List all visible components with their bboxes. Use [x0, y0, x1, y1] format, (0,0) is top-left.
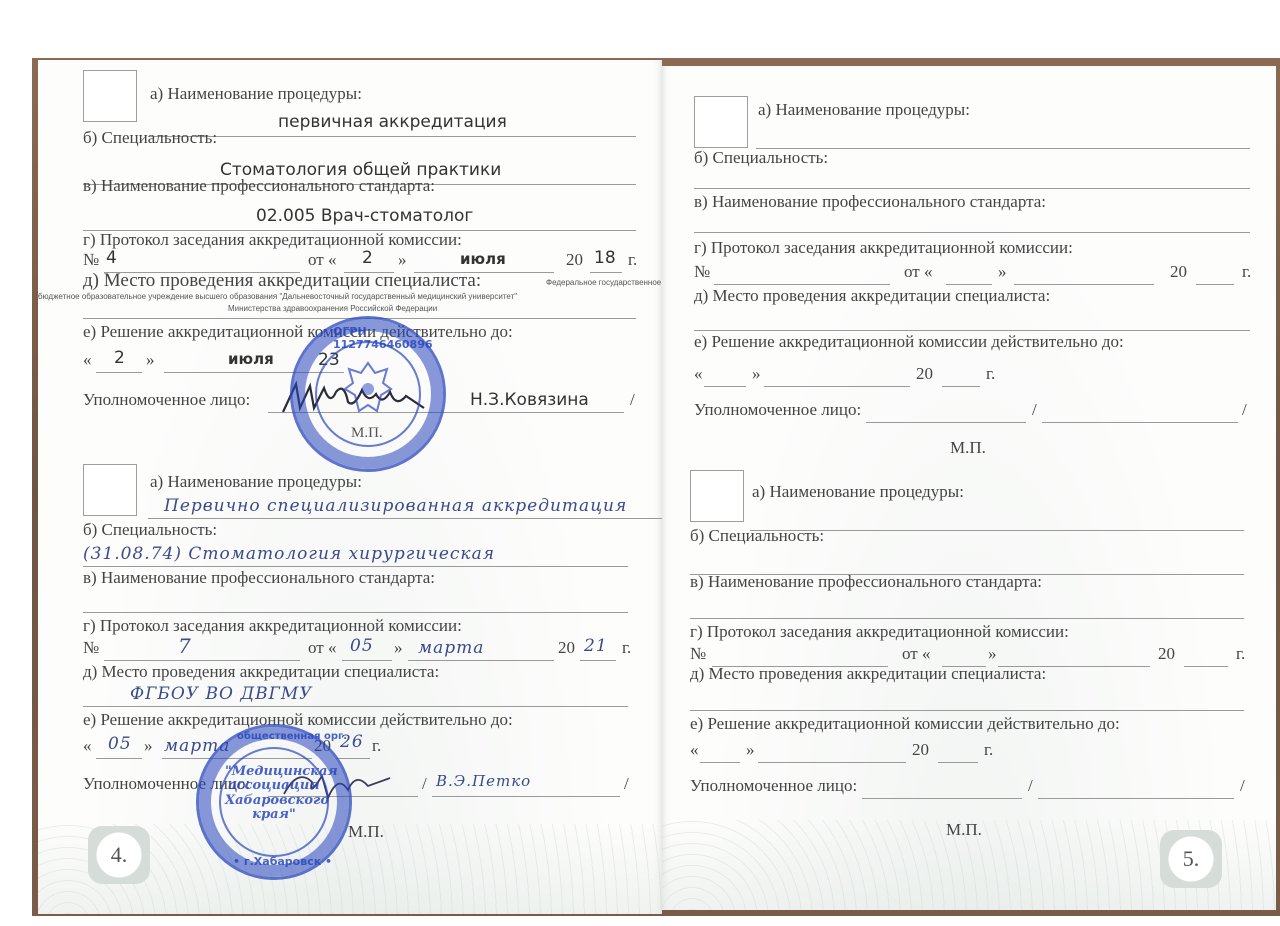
procedure-value: первичная аккредитация: [278, 112, 507, 132]
label-authorized: Уполномоченное лицо:: [690, 776, 857, 796]
field-line: [342, 660, 392, 661]
label-procedure: а) Наименование процедуры:: [758, 100, 970, 120]
label-protocol: г) Протокол заседания аккредитационной к…: [694, 238, 1073, 258]
signature-line: [866, 422, 1026, 423]
field-line: [96, 758, 142, 759]
protocol-month: марта: [418, 638, 484, 658]
field-line: [96, 372, 142, 373]
field-line: [336, 758, 370, 759]
association-stamp: общественная орг. "Медицинская ассоциаци…: [196, 724, 352, 880]
label-place: д) Место проведения аккредитации специал…: [83, 270, 481, 292]
label-specialty: б) Специальность:: [694, 148, 828, 168]
year-prefix: 20: [912, 740, 929, 760]
entry-checkbox: [83, 464, 137, 516]
slash: /: [1240, 776, 1245, 796]
label-protocol: г) Протокол заседания аккредитационной к…: [83, 616, 462, 636]
protocol-year: 21: [584, 636, 608, 656]
field-line: [938, 762, 978, 763]
stamp-place-label: М.П.: [950, 438, 986, 458]
ministry-stamp: ОГРН 1127746460896 М.П.: [290, 316, 446, 472]
open-quote: «: [690, 740, 699, 760]
label-place: д) Место проведения аккредитации специал…: [694, 286, 1050, 306]
field-line: [1184, 666, 1228, 667]
field-line: [694, 330, 1250, 331]
protocol-year: 18: [594, 248, 616, 268]
label-valid-until: е) Решение аккредитационной комиссии дей…: [690, 714, 1120, 734]
page-left: а) Наименование процедуры: первичная акк…: [38, 60, 662, 914]
label-procedure: а) Наименование процедуры:: [150, 84, 362, 104]
open-quote: «: [83, 350, 92, 370]
field-line: [756, 148, 1250, 149]
signature-line: [468, 412, 624, 413]
open-quote: «: [694, 364, 703, 384]
signature-line: [862, 798, 1022, 799]
close-quote: »: [752, 364, 761, 384]
year-suffix: г.: [372, 736, 381, 756]
authorized-name: Н.З.Ковязина: [470, 390, 589, 410]
label-number: №: [83, 250, 99, 270]
field-line: [1014, 284, 1154, 285]
label-specialty: б) Специальность:: [690, 526, 824, 546]
field-line: [758, 762, 906, 763]
field-line: [700, 762, 740, 763]
protocol-day: 2: [362, 248, 373, 268]
year-prefix: 20: [1170, 262, 1187, 282]
year-prefix: 20: [566, 250, 583, 270]
page-right: а) Наименование процедуры: б) Специально…: [662, 66, 1276, 910]
signature-line: [1042, 422, 1238, 423]
close-quote: »: [398, 250, 407, 270]
label-protocol: г) Протокол заседания аккредитационной к…: [83, 230, 462, 250]
year-suffix: г.: [622, 638, 631, 658]
valid-day: 05: [108, 734, 132, 754]
label-standard: в) Наименование профессионального станда…: [83, 568, 435, 588]
open-quote: «: [83, 736, 92, 756]
field-line: [104, 660, 300, 661]
slash: /: [624, 774, 629, 794]
authorized-name: В.Э.Петко: [436, 772, 531, 790]
label-standard: в) Наименование профессионального станда…: [83, 176, 435, 196]
signature-line: [432, 796, 620, 797]
label-number: №: [83, 638, 99, 658]
slash: /: [1032, 400, 1037, 420]
label-from: от «: [308, 638, 336, 658]
year-prefix: 20: [558, 638, 575, 658]
label-authorized: Уполномоченное лицо:: [83, 390, 250, 410]
field-line: [148, 136, 636, 137]
label-place: д) Место проведения аккредитации специал…: [83, 662, 439, 682]
label-authorized: Уполномоченное лицо:: [694, 400, 861, 420]
close-quote: »: [146, 350, 155, 370]
eagle-emblem-icon: [341, 359, 395, 419]
page-number: 5.: [1160, 830, 1222, 888]
entry-checkbox: [83, 70, 137, 122]
year-suffix: г.: [1236, 644, 1245, 664]
field-line: [1196, 284, 1234, 285]
valid-month: июля: [228, 350, 274, 368]
label-specialty: б) Специальность:: [83, 520, 217, 540]
field-line: [83, 566, 628, 567]
slash: /: [1242, 400, 1247, 420]
close-quote: »: [998, 262, 1007, 282]
slash: /: [1028, 776, 1033, 796]
field-line: [694, 232, 1250, 233]
field-line: [764, 386, 910, 387]
slash: /: [630, 390, 635, 410]
label-standard: в) Наименование профессионального станда…: [690, 572, 1042, 592]
label-from: от «: [308, 250, 336, 270]
year-prefix: 20: [1158, 644, 1175, 664]
label-valid-until: е) Решение аккредитационной комиссии дей…: [694, 332, 1124, 352]
field-line: [714, 284, 890, 285]
close-quote: »: [746, 740, 755, 760]
place-line1: Федеральное государственное: [546, 278, 661, 287]
page-number: 4.: [88, 826, 150, 884]
year-prefix: 20: [916, 364, 933, 384]
field-line: [580, 660, 616, 661]
field-line: [83, 706, 628, 707]
protocol-number: 4: [106, 248, 117, 268]
label-procedure: а) Наименование процедуры:: [150, 472, 362, 492]
label-procedure: а) Наименование процедуры:: [752, 482, 964, 502]
place-line3: Министерства здравоохранения Российской …: [228, 304, 437, 313]
label-number: №: [694, 262, 710, 282]
year-suffix: г.: [986, 364, 995, 384]
year-suffix: г.: [984, 740, 993, 760]
label-specialty: б) Специальность:: [83, 128, 217, 148]
label-protocol: г) Протокол заседания аккредитационной к…: [690, 622, 1069, 642]
year-suffix: г.: [1242, 262, 1251, 282]
field-line: [690, 618, 1244, 619]
signature-line: [1038, 798, 1234, 799]
label-place: д) Место проведения аккредитации специал…: [690, 664, 1046, 684]
entry-checkbox: [694, 96, 748, 148]
label-from: от «: [904, 262, 932, 282]
procedure-value: Первично специализированная аккредитация: [164, 496, 627, 516]
protocol-month: июля: [460, 250, 506, 268]
stamp-center-text: "Медицинская ассоциация Хабаровского кра…: [225, 765, 323, 822]
close-quote: »: [988, 644, 997, 664]
place-value: ФГБОУ ВО ДВГМУ: [130, 684, 313, 704]
place-line2: бюджетное образовательное учреждение выс…: [38, 292, 517, 301]
field-line: [942, 386, 980, 387]
field-line: [148, 518, 662, 519]
stamp-ring-text: общественная орг.: [237, 731, 347, 742]
valid-day: 2: [114, 348, 125, 368]
close-quote: »: [144, 736, 153, 756]
label-valid-until: е) Решение аккредитационной комиссии дей…: [83, 322, 513, 342]
close-quote: »: [394, 638, 403, 658]
stamp-place-label: М.П.: [348, 822, 384, 842]
field-line: [946, 284, 992, 285]
field-line: [590, 272, 622, 273]
protocol-number: 7: [178, 634, 192, 658]
stamp-place-label: М.П.: [946, 820, 982, 840]
field-line: [83, 612, 628, 613]
label-number: №: [690, 644, 706, 664]
field-line: [704, 386, 746, 387]
protocol-day: 05: [350, 636, 374, 656]
field-line: [694, 188, 1250, 189]
year-suffix: г.: [628, 250, 637, 270]
slash: /: [422, 774, 427, 794]
label-standard: в) Наименование профессионального станда…: [694, 192, 1046, 212]
standard-value: 02.005 Врач-стоматолог: [256, 206, 473, 226]
label-from: от «: [902, 644, 930, 664]
field-line: [690, 710, 1244, 711]
entry-checkbox: [690, 470, 744, 522]
field-line: [408, 660, 554, 661]
specialty-value: (31.08.74) Стоматология хирургическая: [83, 544, 495, 564]
